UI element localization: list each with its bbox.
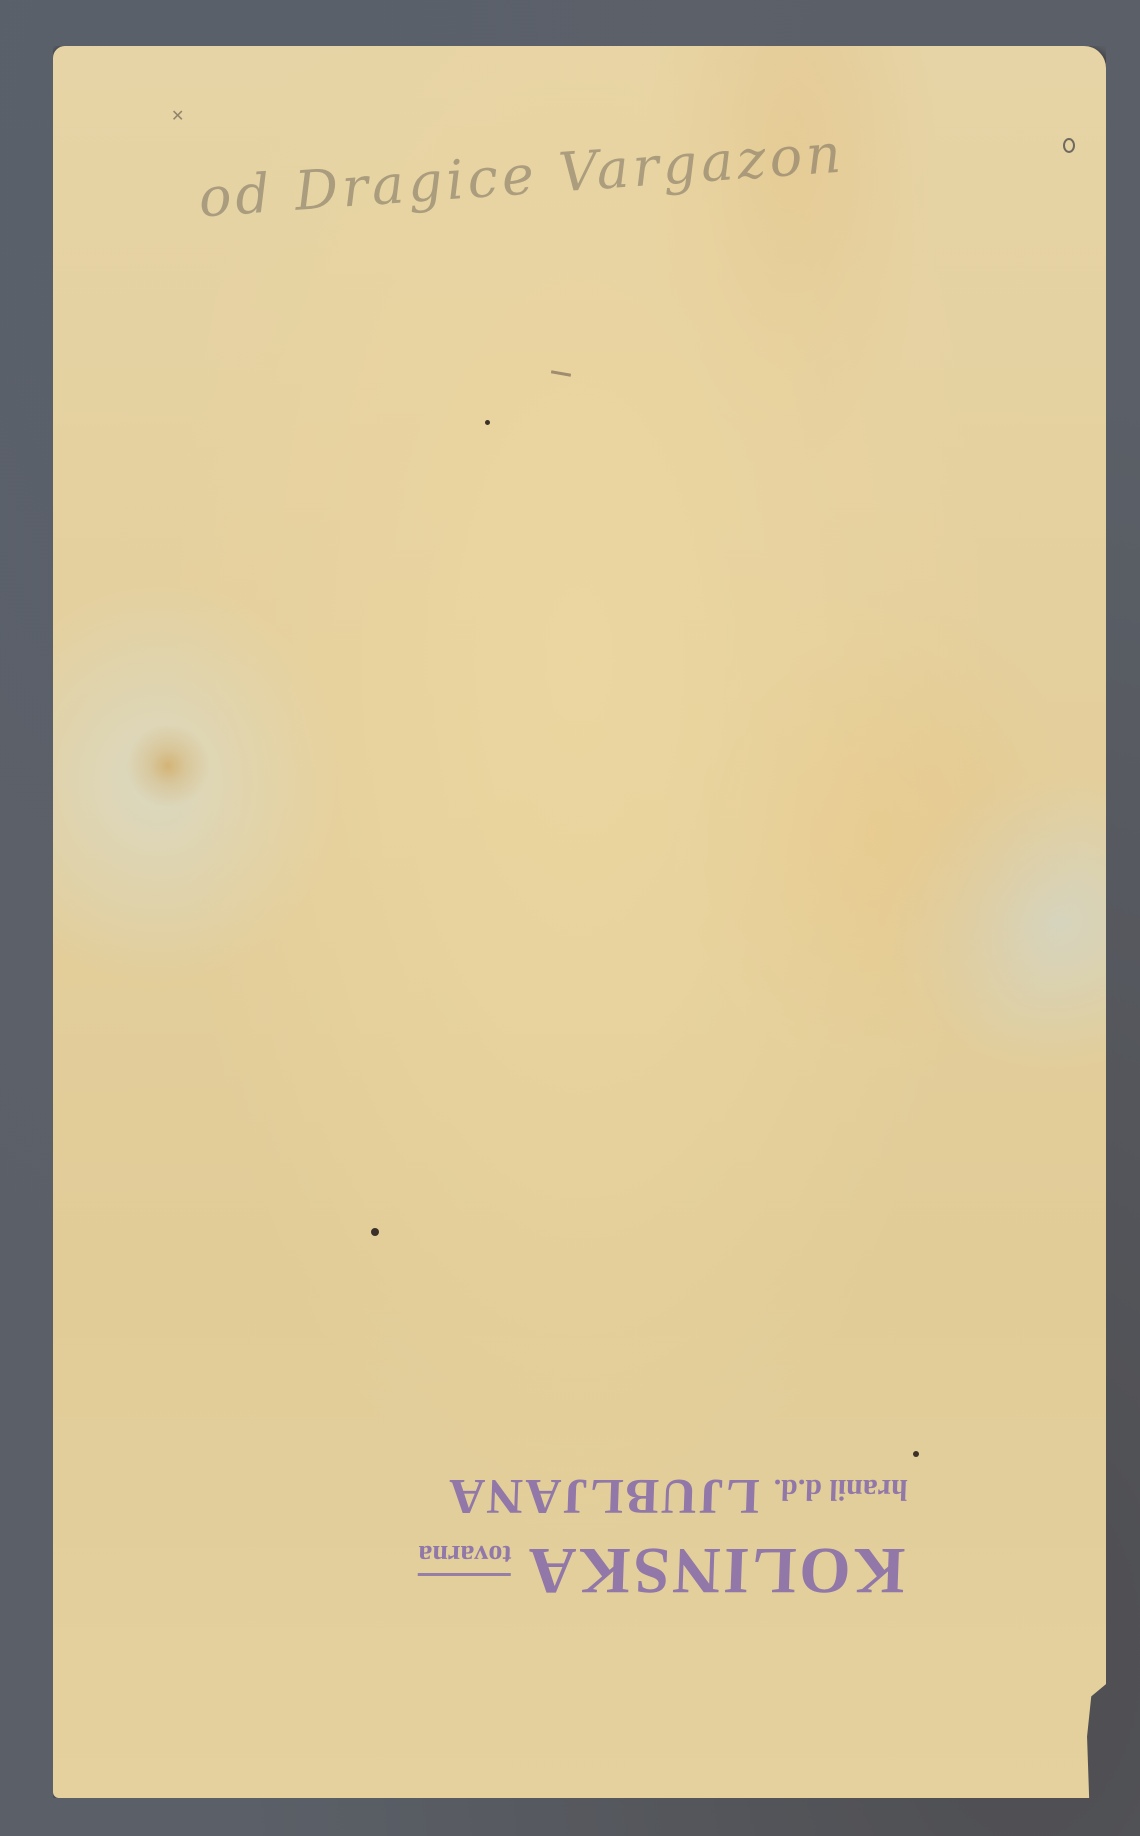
stamp-subtitle-text: tovarna: [418, 1539, 512, 1570]
speck: [913, 1451, 919, 1457]
rubber-stamp: KOLINSKA tovarna hranil d.d. LJUBLJANA: [333, 1464, 918, 1614]
card-back: ✕ od Dragice Vargazon KOLINSKA tovarna h…: [53, 46, 1106, 1798]
foxing-stain: [123, 726, 213, 806]
stamp-company-type: hranil d.d.: [773, 1468, 909, 1506]
stamp-line-2: hranil d.d. LJUBLJANA: [446, 1468, 909, 1526]
speck: [485, 420, 490, 425]
stamp-rule: [418, 1573, 511, 1576]
scratch-mark: [551, 370, 571, 376]
stamp-subtitle: tovarna: [418, 1532, 513, 1570]
handwritten-inscription: od Dragice Vargazon: [197, 121, 847, 229]
ink-mark: [1063, 138, 1075, 153]
stamp-line-1: KOLINSKA tovarna: [417, 1532, 907, 1608]
stamp-city: LJUBLJANA: [446, 1468, 761, 1526]
pencil-mark: ✕: [171, 106, 184, 125]
speck: [371, 1228, 379, 1236]
stamp-brand: KOLINSKA: [524, 1532, 906, 1608]
